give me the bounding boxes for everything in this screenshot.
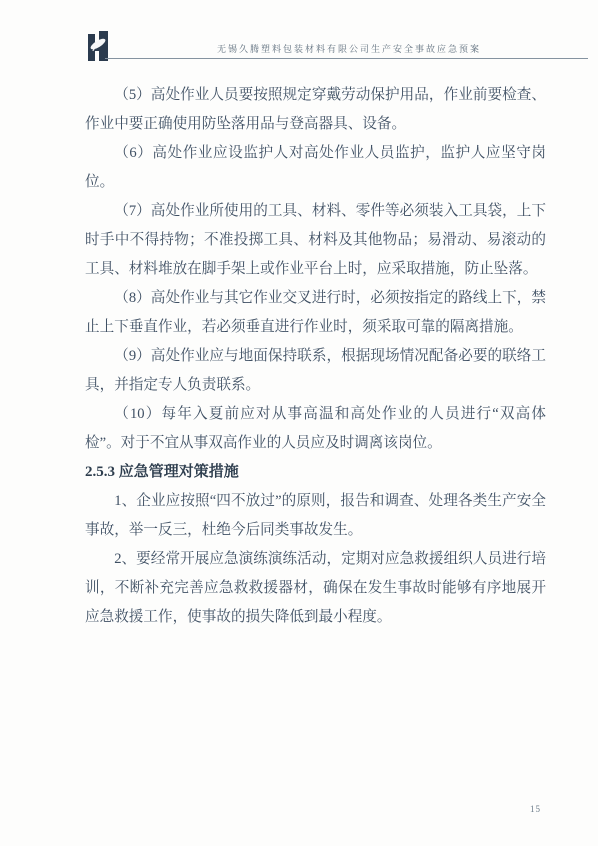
header-divider xyxy=(105,58,588,59)
company-logo-icon xyxy=(88,31,108,61)
body-paragraph: （5）高处作业人员要按照规定穿戴劳动保护用品，作业前要检查、作业中要正确使用防坠… xyxy=(85,81,546,139)
body-paragraph: （7）高处作业所使用的工具、材料、零件等必须装入工具袋，上下时手中不得持物；不准… xyxy=(85,197,546,284)
body-paragraph: （8）高处作业与其它作业交叉进行时，必须按指定的路线上下，禁止上下垂直作业，若必… xyxy=(85,284,546,342)
body-paragraph: （6）高处作业应设监护人对高处作业人员监护，监护人应坚守岗位。 xyxy=(85,139,546,197)
header-title: 无锡久腾塑料包装材料有限公司生产安全事故应急预案 xyxy=(110,42,588,55)
document-body: （5）高处作业人员要按照规定穿戴劳动保护用品，作业前要检查、作业中要正确使用防坠… xyxy=(85,81,546,632)
body-paragraph: （10）每年入夏前应对从事高温和高处作业的人员进行“双高体检”。对于不宜从事双高… xyxy=(85,400,546,458)
body-paragraph: （9）高处作业应与地面保持联系，根据现场情况配备必要的联络工具，并指定专人负责联… xyxy=(85,342,546,400)
section-paragraph: 2、要经常开展应急演练演练活动，定期对应急救援组织人员进行培训，不断补充完善应急… xyxy=(85,545,546,632)
section-paragraph: 1、企业应按照“四不放过”的原则，报告和调查、处理各类生产安全事故，举一反三，杜… xyxy=(85,487,546,545)
section-heading: 2.5.3 应急管理对策措施 xyxy=(85,458,546,487)
page-number: 15 xyxy=(530,804,541,814)
document-page: 无锡久腾塑料包装材料有限公司生产安全事故应急预案 （5）高处作业人员要按照规定穿… xyxy=(0,0,598,846)
